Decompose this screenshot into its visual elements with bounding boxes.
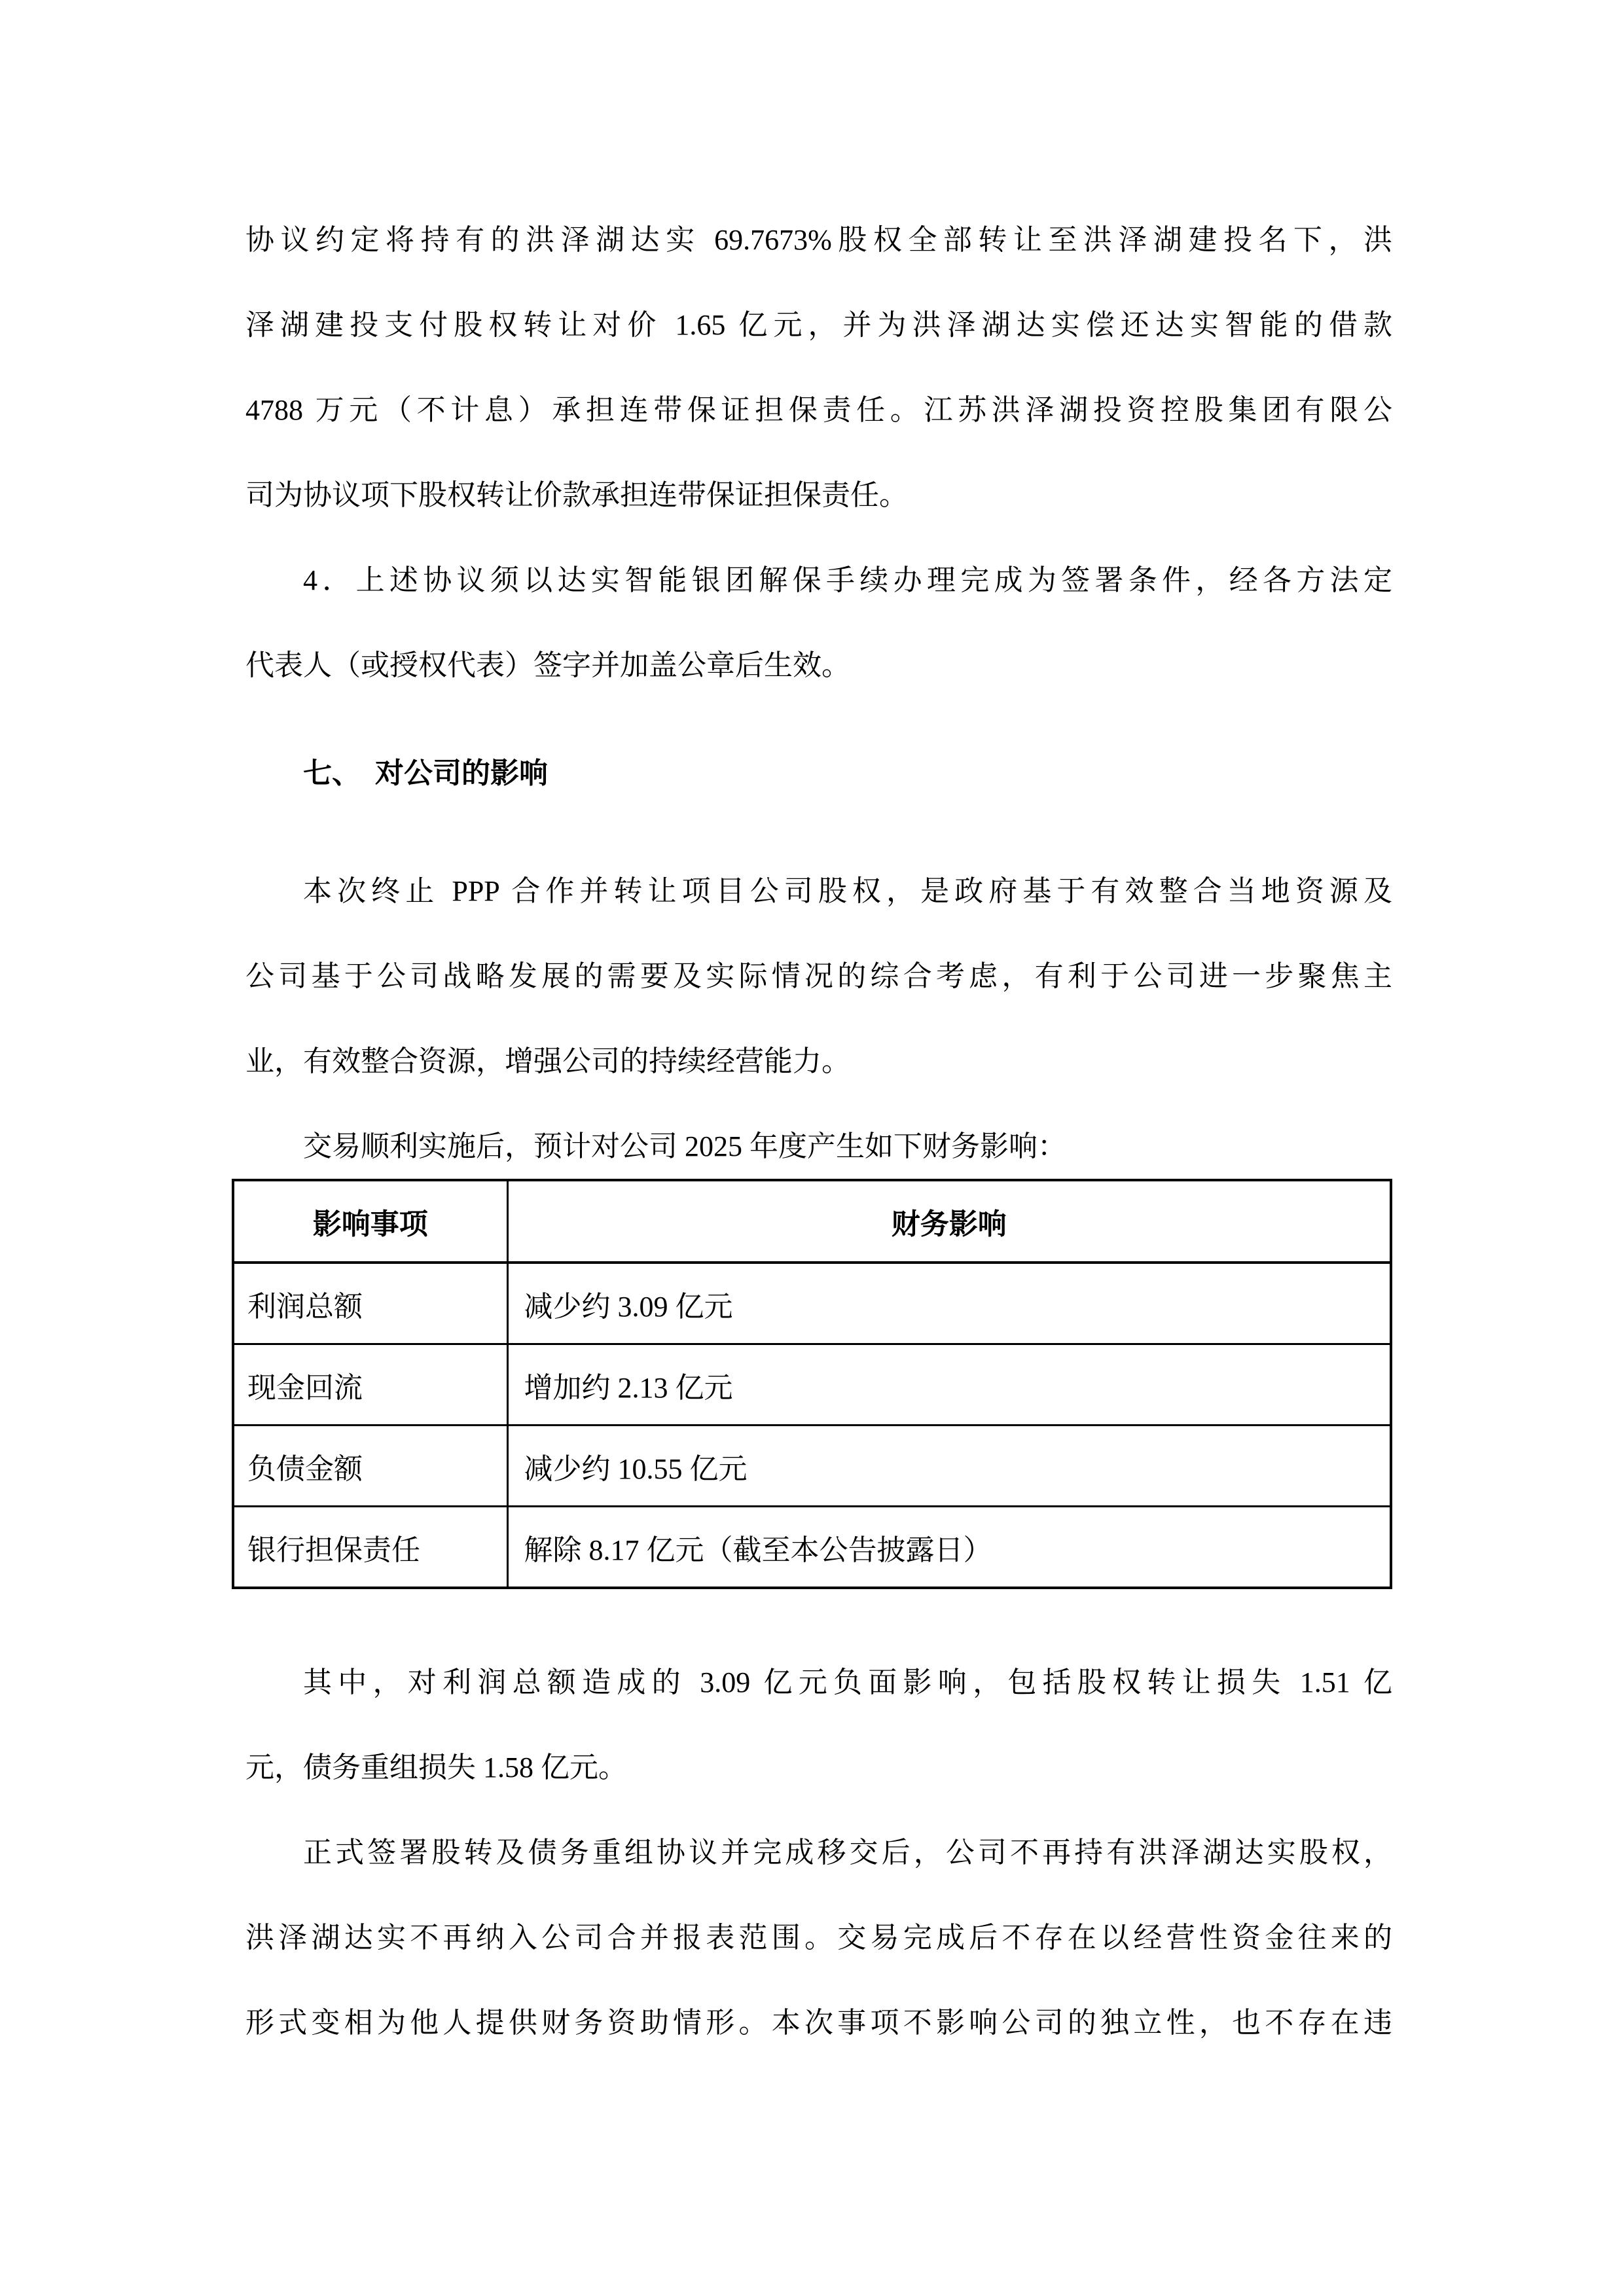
text-line: 代表人（或授权代表）签字并加盖公章后生效。 bbox=[245, 623, 1392, 708]
text-line: 形式变相为他人提供财务资助情形。本次事项不影响公司的独立性，也不存在违 bbox=[245, 1981, 1392, 2066]
cell-item: 银行担保责任 bbox=[233, 1507, 507, 1588]
table-header-row: 影响事项 财务影响 bbox=[233, 1180, 1391, 1263]
document-page: 协议约定将持有的洪泽湖达实 69.7673%股权全部转让至洪泽湖建投名下，洪 泽… bbox=[0, 0, 1624, 2296]
para-condition: 4．上述协议须以达实智能银团解保手续办理完成为签署条件，经各方法定 代表人（或授… bbox=[245, 538, 1392, 708]
para-detail: 其中，对利润总额造成的 3.09 亿元负面影响，包括股权转让损失 1.51 亿 … bbox=[245, 1640, 1392, 1810]
cell-impact: 解除 8.17 亿元（截至本公告披露日） bbox=[507, 1507, 1391, 1588]
table-row: 现金回流 增加约 2.13 亿元 bbox=[233, 1344, 1391, 1426]
text-line: 本次终止 PPP 合作并转让项目公司股权，是政府基于有效整合当地资源及 bbox=[245, 849, 1392, 934]
cell-item: 利润总额 bbox=[233, 1263, 507, 1344]
text-line: 交易顺利实施后，预计对公司 2025 年度产生如下财务影响： bbox=[245, 1104, 1392, 1189]
text-line: 洪泽湖达实不再纳入公司合并报表范围。交易完成后不存在以经营性资金往来的 bbox=[245, 1895, 1392, 1981]
text-line: 公司基于公司战略发展的需要及实际情况的综合考虑，有利于公司进一步聚焦主 bbox=[245, 934, 1392, 1019]
para-completion: 正式签署股转及债务重组协议并完成移交后，公司不再持有洪泽湖达实股权， 洪泽湖达实… bbox=[245, 1810, 1392, 2066]
text-line: 业，有效整合资源，增强公司的持续经营能力。 bbox=[245, 1019, 1392, 1104]
text-line: 4788 万元（不计息）承担连带保证担保责任。江苏洪泽湖投资控股集团有限公 bbox=[245, 368, 1392, 453]
table-row: 负债金额 减少约 10.55 亿元 bbox=[233, 1426, 1391, 1507]
text-line: 4．上述协议须以达实智能银团解保手续办理完成为签署条件，经各方法定 bbox=[245, 538, 1392, 623]
text-line: 司为协议项下股权转让价款承担连带保证担保责任。 bbox=[245, 453, 1392, 538]
cell-impact: 减少约 3.09 亿元 bbox=[507, 1263, 1391, 1344]
text-line: 协议约定将持有的洪泽湖达实 69.7673%股权全部转让至洪泽湖建投名下，洪 bbox=[245, 198, 1392, 283]
financial-impact-table: 影响事项 财务影响 利润总额 减少约 3.09 亿元 现金回流 增加约 2.13… bbox=[232, 1179, 1392, 1589]
text-line: 正式签署股转及债务重组协议并完成移交后，公司不再持有洪泽湖达实股权， bbox=[245, 1810, 1392, 1895]
cell-item: 负债金额 bbox=[233, 1426, 507, 1507]
cell-impact: 减少约 10.55 亿元 bbox=[507, 1426, 1391, 1507]
cell-impact: 增加约 2.13 亿元 bbox=[507, 1344, 1391, 1426]
text-line: 其中，对利润总额造成的 3.09 亿元负面影响，包括股权转让损失 1.51 亿 bbox=[245, 1640, 1392, 1725]
para-impact: 本次终止 PPP 合作并转让项目公司股权，是政府基于有效整合当地资源及 公司基于… bbox=[245, 849, 1392, 1104]
section-heading: 七、 对公司的影响 bbox=[245, 731, 1392, 816]
cell-item: 现金回流 bbox=[233, 1344, 507, 1426]
para-agreement: 协议约定将持有的洪泽湖达实 69.7673%股权全部转让至洪泽湖建投名下，洪 泽… bbox=[245, 198, 1392, 538]
text-line: 元，债务重组损失 1.58 亿元。 bbox=[245, 1725, 1392, 1810]
page-content: 协议约定将持有的洪泽湖达实 69.7673%股权全部转让至洪泽湖建投名下，洪 泽… bbox=[245, 198, 1392, 2066]
table-header-item: 影响事项 bbox=[233, 1180, 507, 1263]
table-header-impact: 财务影响 bbox=[507, 1180, 1391, 1263]
text-line: 泽湖建投支付股权转让对价 1.65 亿元，并为洪泽湖达实偿还达实智能的借款 bbox=[245, 283, 1392, 368]
para-table-intro: 交易顺利实施后，预计对公司 2025 年度产生如下财务影响： bbox=[245, 1104, 1392, 1189]
table-row: 银行担保责任 解除 8.17 亿元（截至本公告披露日） bbox=[233, 1507, 1391, 1588]
table-row: 利润总额 减少约 3.09 亿元 bbox=[233, 1263, 1391, 1344]
